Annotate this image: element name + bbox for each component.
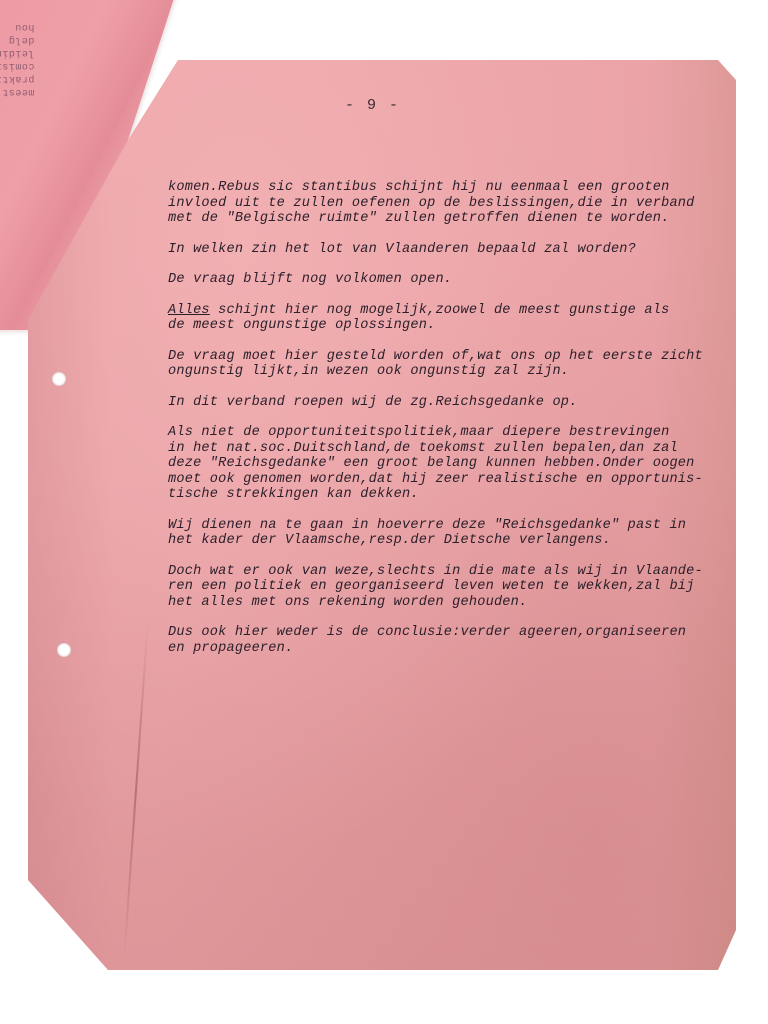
text-line: het alles met ons rekening worden gehoud… [168, 595, 527, 610]
text-line: moet ook genomen worden,dat hij zeer rea… [168, 472, 703, 487]
text-line: met de "Belgische ruimte" zullen getroff… [168, 211, 669, 226]
paragraph: Als niet de opportuniteitspolitiek,maar … [168, 425, 728, 503]
paragraph: Doch wat er ook van weze,slechts in die … [168, 564, 728, 611]
paragraph: De vraag moet hier gesteld worden of,wat… [168, 349, 728, 380]
paragraph: Wij dienen na te gaan in hoeverre deze "… [168, 518, 728, 549]
paragraph: De vraag blijft nog volkomen open. [168, 272, 728, 288]
text-line: ongunstig lijkt,in wezen ook ongunstig z… [168, 364, 569, 379]
paragraph: Dus ook hier weder is de conclusie:verde… [168, 625, 728, 656]
text-line: het kader der Vlaamsche,resp.der Dietsch… [168, 533, 611, 548]
underlined-word: Alles [168, 303, 210, 318]
text-line: In dit verband roepen wij de zg.Reichsge… [168, 395, 578, 410]
paragraph: In dit verband roepen wij de zg.Reichsge… [168, 395, 728, 411]
text-line: Als niet de opportuniteitspolitiek,maar … [168, 425, 669, 440]
paragraph: Alles schijnt hier nog mogelijk,zoowel d… [168, 303, 728, 334]
typed-body-text: komen.Rebus sic stantibus schijnt hij nu… [168, 180, 728, 671]
text-line: De vraag blijft nog volkomen open. [168, 272, 452, 287]
text-line: deze "Reichsgedanke" een groot belang ku… [168, 456, 695, 471]
paragraph: In welken zin het lot van Vlaanderen bep… [168, 242, 728, 258]
text-line: en propageeren. [168, 641, 293, 656]
text-line: Doch wat er ook van weze,slechts in die … [168, 564, 703, 579]
text-line: tische strekkingen kan dekken. [168, 487, 419, 502]
text-line: in het nat.soc.Duitschland,de toekomst z… [168, 441, 678, 456]
text-line: Wij dienen na te gaan in hoeverre deze "… [168, 518, 686, 533]
text-line: schijnt hier nog mogelijk,zoowel de mees… [210, 303, 670, 318]
text-line: Dus ook hier weder is de conclusie:verde… [168, 625, 686, 640]
page-number: - 9 - [345, 97, 400, 114]
text-line: de meest ongunstige oplossingen. [168, 318, 435, 333]
text-line: komen.Rebus sic stantibus schijnt hij nu… [168, 180, 669, 195]
text-line: invloed uit te zullen oefenen op de besl… [168, 196, 695, 211]
paragraph: komen.Rebus sic stantibus schijnt hij nu… [168, 180, 728, 227]
previous-page-bleed-text: meest al n.best praktisch op: comisie al… [0, 20, 34, 98]
punch-hole-top [52, 372, 66, 386]
punch-hole-bottom [57, 643, 71, 657]
text-line: In welken zin het lot van Vlaanderen bep… [168, 242, 636, 257]
text-line: ren een politiek en georganiseerd leven … [168, 579, 695, 594]
text-line: De vraag moet hier gesteld worden of,wat… [168, 349, 703, 364]
